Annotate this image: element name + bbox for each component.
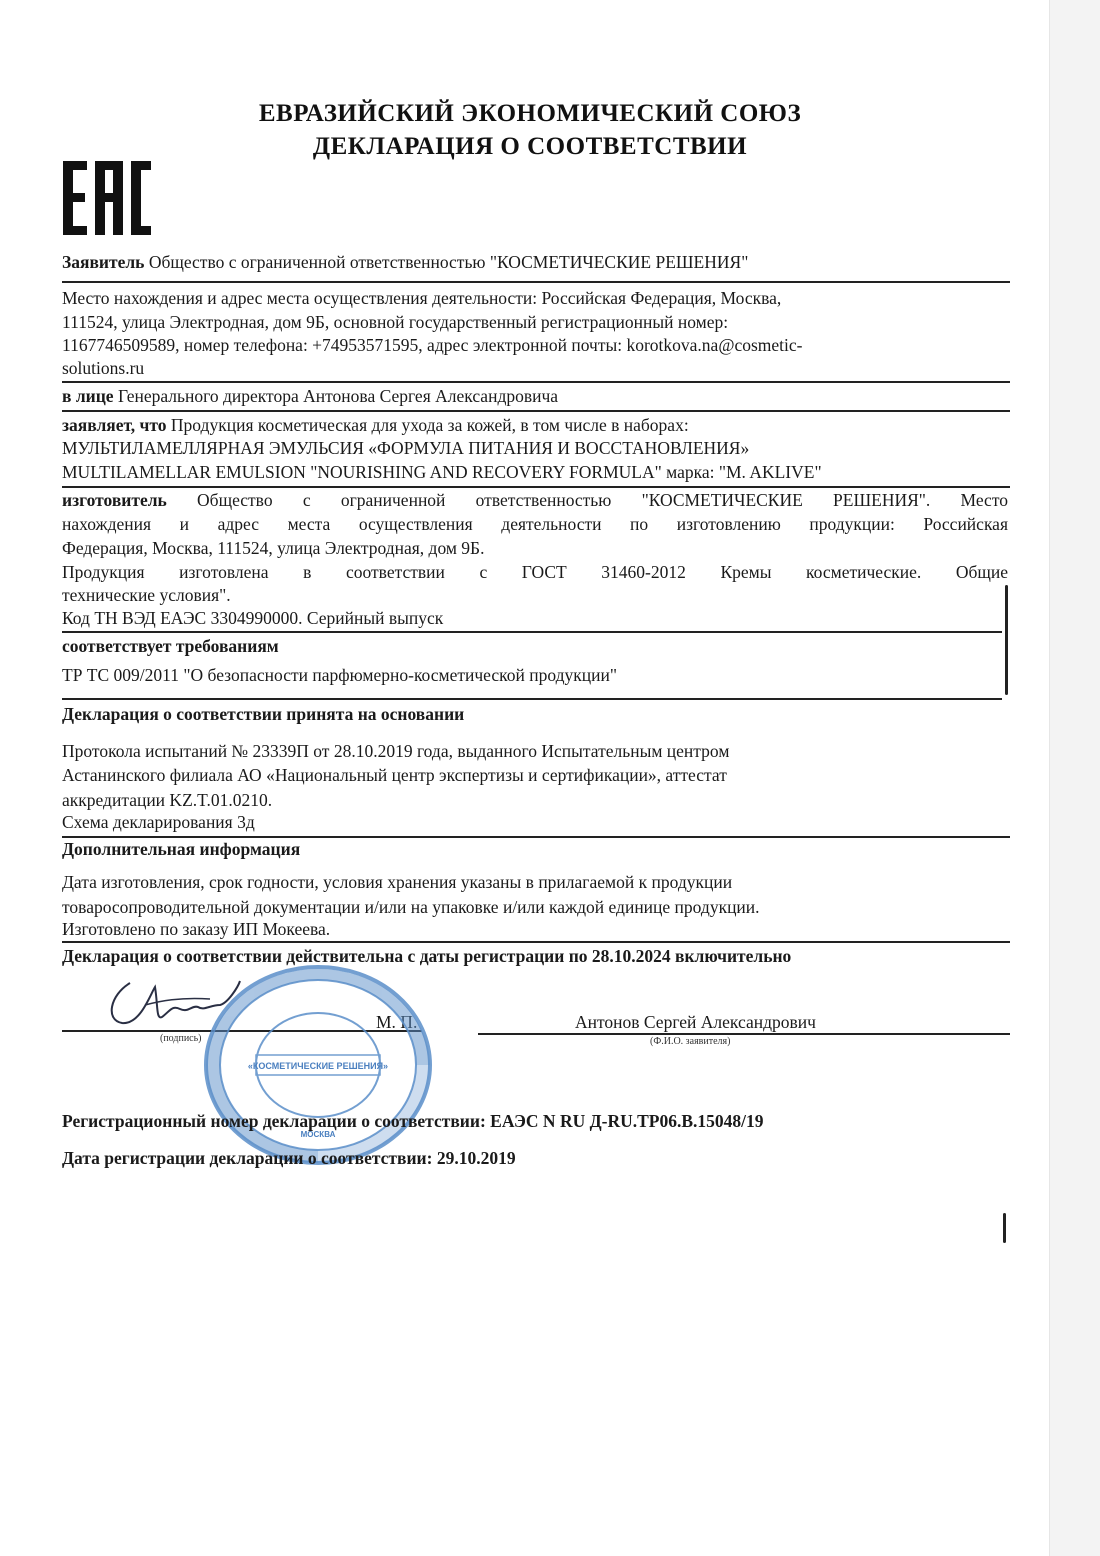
name-caption: (Ф.И.О. заявителя) xyxy=(650,1036,730,1047)
registration-date-row: Дата регистрации декларации о соответств… xyxy=(62,1147,516,1169)
declares-row: заявляет, что Продукция косметическая дл… xyxy=(62,414,689,436)
applicant-value: Общество с ограниченной ответственностью… xyxy=(149,252,749,272)
registration-date-label: Дата регистрации декларации о соответств… xyxy=(62,1148,432,1168)
address-line: 111524, улица Электродная, дом 9Б, основ… xyxy=(62,311,728,333)
address-line: 1167746509589, номер телефона: +74953571… xyxy=(62,334,802,356)
customs-code: Код ТН ВЭД ЕАЭС 3304990000. Серийный вып… xyxy=(62,607,443,629)
applicant-name: Антонов Сергей Александрович xyxy=(575,1011,816,1033)
standard-line: технические условия". xyxy=(62,584,231,606)
scan-mark xyxy=(1005,585,1008,695)
applicant-row: Заявитель Общество с ограниченной ответс… xyxy=(62,251,748,273)
scan-edge xyxy=(1049,0,1100,1556)
additional-heading: Дополнительная информация xyxy=(62,838,300,860)
validity-text: Декларация о соответствии действительна … xyxy=(62,945,791,967)
compliance-heading: соответствует требованиям xyxy=(62,635,279,657)
manufacturer-line: нахождения и адрес места осуществления д… xyxy=(62,513,1008,535)
address-line: Место нахождения и адрес места осуществл… xyxy=(62,287,781,309)
divider xyxy=(62,410,1010,412)
declares-label: заявляет, что xyxy=(62,415,167,435)
representative-value: Генерального директора Антонова Сергея А… xyxy=(118,386,558,406)
basis-line: Астанинского филиала АО «Национальный це… xyxy=(62,764,727,786)
representative-label: в лице xyxy=(62,386,114,406)
svg-text:«КОСМЕТИЧЕСКИЕ РЕШЕНИЯ»: «КОСМЕТИЧЕСКИЕ РЕШЕНИЯ» xyxy=(248,1061,388,1071)
declaration-title: ДЕКЛАРАЦИЯ О СООТВЕТСТВИИ xyxy=(0,133,1060,161)
divider xyxy=(62,381,1010,383)
registration-number: ЕАЭС N RU Д-RU.ТР06.В.15048/19 xyxy=(490,1111,763,1131)
manufacturer-line: Федерация, Москва, 111524, улица Электро… xyxy=(62,537,484,559)
basis-line: аккредитации KZ.T.01.0210. xyxy=(62,789,272,811)
additional-line: товаросопроводительной документации и/ил… xyxy=(62,896,760,918)
standard-line: Продукция изготовлена в соответствии с Г… xyxy=(62,561,1008,583)
union-title: ЕВРАЗИЙСКИЙ ЭКОНОМИЧЕСКИЙ СОЮЗ xyxy=(0,100,1060,128)
applicant-label: Заявитель xyxy=(62,252,144,272)
eac-logo-icon xyxy=(63,161,151,235)
basis-line: Протокола испытаний № 23339П от 28.10.20… xyxy=(62,740,729,762)
product-name-en: MULTILAMELLAR EMULSION "NOURISHING AND R… xyxy=(62,461,822,483)
divider xyxy=(62,281,1010,283)
representative-row: в лице Генерального директора Антонова С… xyxy=(62,385,558,407)
registration-number-label: Регистрационный номер декларации о соотв… xyxy=(62,1111,486,1131)
declares-value: Продукция косметическая для ухода за кож… xyxy=(171,415,689,435)
company-stamp-icon: «КОСМЕТИЧЕСКИЕ РЕШЕНИЯ» МОСКВА xyxy=(198,965,438,1170)
divider xyxy=(62,698,1002,700)
additional-line: Изготовлено по заказу ИП Мокеева. xyxy=(62,918,330,940)
manufacturer-label: изготовитель xyxy=(62,490,167,510)
scan-mark xyxy=(1003,1213,1006,1243)
divider xyxy=(62,486,1010,488)
product-name-ru: МУЛЬТИЛАМЕЛЛЯРНАЯ ЭМУЛЬСИЯ «ФОРМУЛА ПИТА… xyxy=(62,437,749,459)
name-line xyxy=(478,1033,1010,1035)
basis-heading: Декларация о соответствии принята на осн… xyxy=(62,703,464,725)
divider xyxy=(62,941,1010,943)
address-line: solutions.ru xyxy=(62,357,144,379)
additional-line: Дата изготовления, срок годности, услови… xyxy=(62,871,732,893)
registration-date: 29.10.2019 xyxy=(437,1148,516,1168)
manufacturer-line: изготовитель Общество с ограниченной отв… xyxy=(62,489,1008,511)
compliance-value: ТР ТС 009/2011 "О безопасности парфюмерн… xyxy=(62,664,617,686)
divider xyxy=(62,631,1002,633)
basis-line: Схема декларирования 3д xyxy=(62,811,255,833)
registration-number-row: Регистрационный номер декларации о соотв… xyxy=(62,1110,764,1132)
signature-caption: (подпись) xyxy=(160,1033,202,1044)
